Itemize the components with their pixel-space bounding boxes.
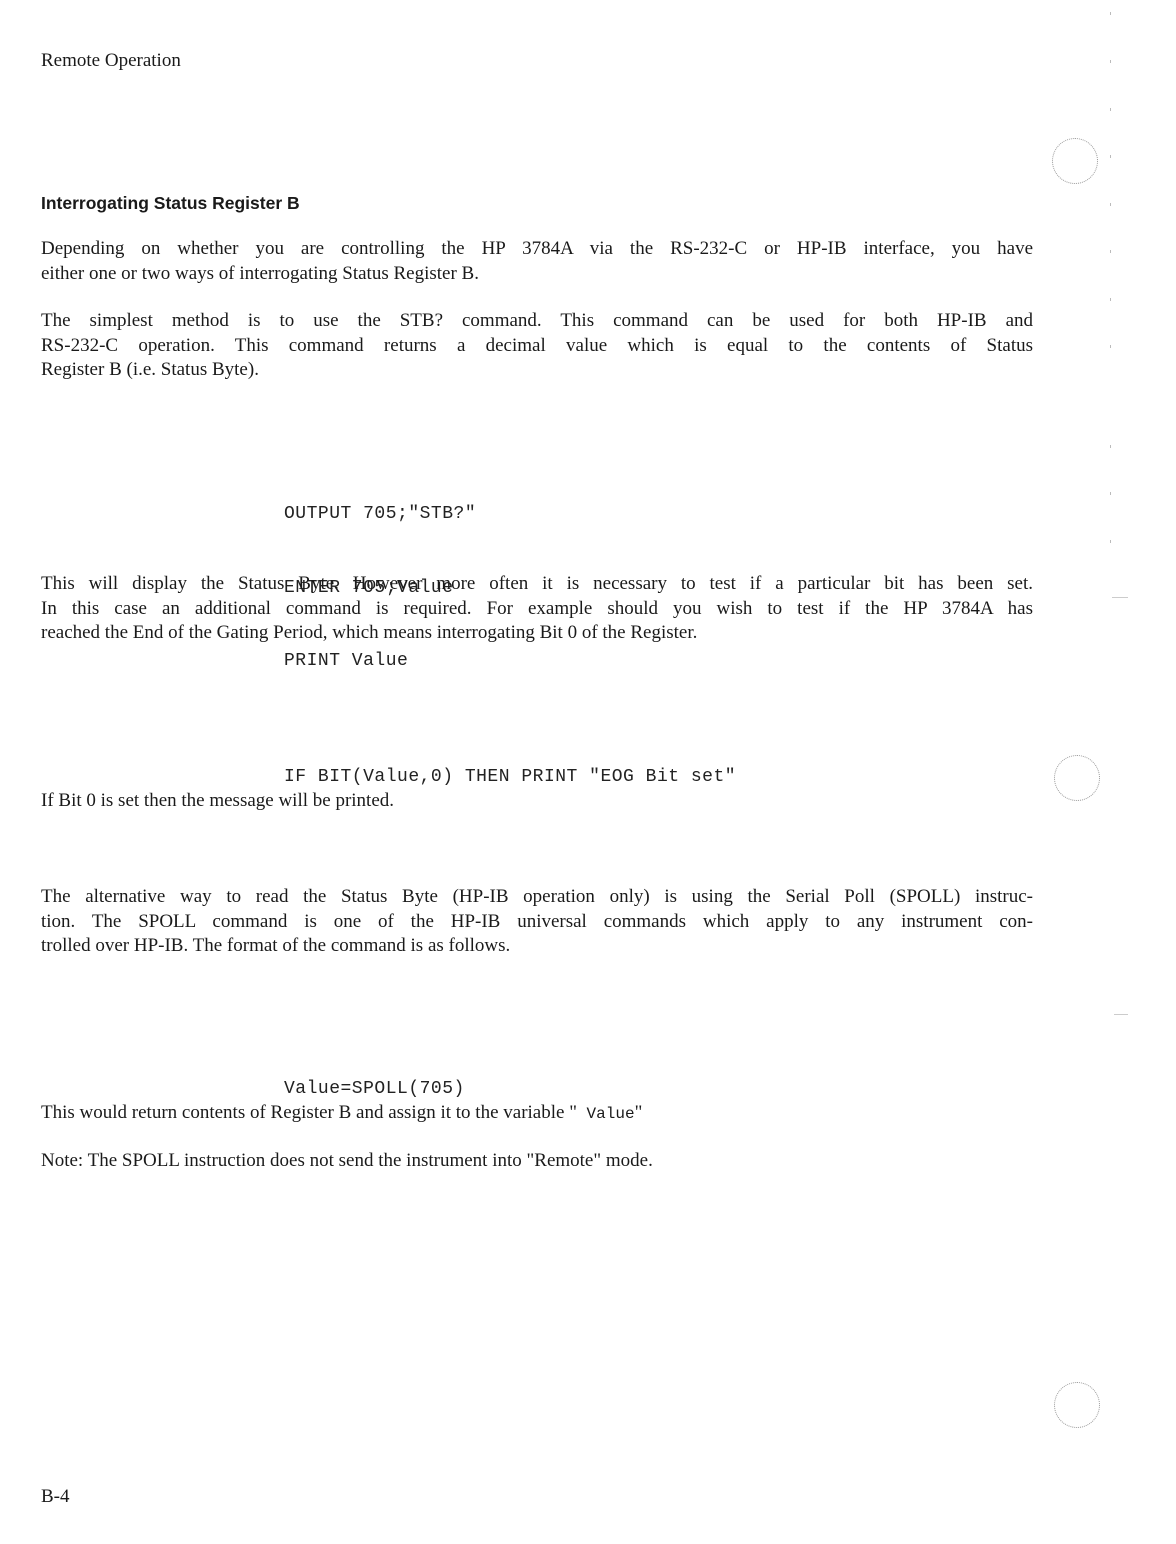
scan-speck <box>1114 1014 1128 1015</box>
text-span: " <box>635 1102 643 1123</box>
scan-speck <box>1112 597 1128 598</box>
paragraph-stb-method: The simplest method is to use the STB? c… <box>41 309 1033 383</box>
text-line: The simplest method is to use the STB? c… <box>41 309 1033 334</box>
text-line: This will display the Status Byte. Howev… <box>41 572 1033 597</box>
code-line: Value=SPOLL(705) <box>284 1077 465 1102</box>
page-number: B-4 <box>41 1485 70 1510</box>
code-line: PRINT Value <box>284 649 476 674</box>
paragraph-intro: Depending on whether you are controlling… <box>41 237 1033 286</box>
scan-speck <box>1110 345 1111 348</box>
scan-speck <box>1110 540 1111 543</box>
paragraph-spoll: The alternative way to read the Status B… <box>41 885 1033 959</box>
scan-speck <box>1110 492 1111 495</box>
text-line: trolled over HP-IB. The format of the co… <box>41 934 1033 959</box>
text-line: reached the End of the Gating Period, wh… <box>41 621 1033 646</box>
text-line: Register B (i.e. Status Byte). <box>41 358 1033 383</box>
binder-hole-icon <box>1052 138 1098 184</box>
scan-speck <box>1110 12 1111 15</box>
text-line: In this case an additional command is re… <box>41 597 1033 622</box>
paragraph-bit-result: If Bit 0 is set then the message will be… <box>41 789 394 814</box>
scan-speck <box>1110 445 1111 448</box>
text-line: tion. The SPOLL command is one of the HP… <box>41 910 1033 935</box>
text-span: This would return contents of Register B… <box>41 1102 577 1123</box>
text-line: Depending on whether you are controlling… <box>41 237 1033 262</box>
text-line: either one or two ways of interrogating … <box>41 262 1033 287</box>
paragraph-bit-test: This will display the Status Byte. Howev… <box>41 572 1033 646</box>
inline-code: Value <box>577 1105 635 1123</box>
binder-hole-icon <box>1054 1382 1100 1428</box>
code-line: IF BIT(Value,0) THEN PRINT "EOG Bit set" <box>284 765 736 790</box>
scan-speck <box>1110 108 1111 111</box>
section-title: Interrogating Status Register B <box>41 193 300 214</box>
scan-speck <box>1110 298 1111 301</box>
scan-speck <box>1110 155 1111 158</box>
binder-hole-icon <box>1054 755 1100 801</box>
text-line: RS-232-C operation. This command returns… <box>41 334 1033 359</box>
paragraph-spoll-result: This would return contents of Register B… <box>41 1101 642 1127</box>
code-line: OUTPUT 705;"STB?" <box>284 502 476 527</box>
running-header: Remote Operation <box>41 49 181 74</box>
scan-speck <box>1110 60 1111 63</box>
scan-speck <box>1110 250 1111 253</box>
paragraph-note: Note: The SPOLL instruction does not sen… <box>41 1149 653 1174</box>
scan-speck <box>1110 203 1111 206</box>
text-line: The alternative way to read the Status B… <box>41 885 1033 910</box>
